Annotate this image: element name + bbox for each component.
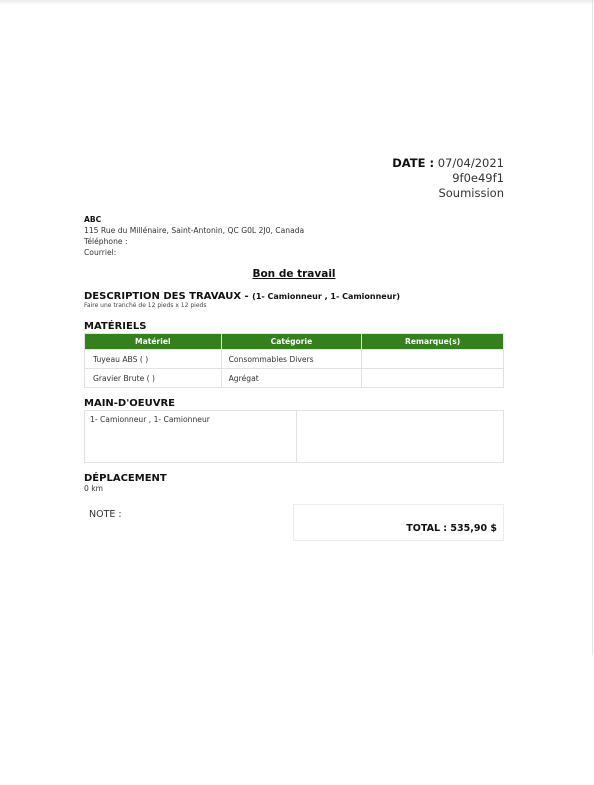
company-info: ABC 115 Rue du Millénaire, Saint-Antonin…	[84, 214, 304, 258]
company-phone: Téléphone :	[84, 236, 304, 247]
travel-distance: 0 km	[84, 484, 103, 493]
column-header-remarks: Remarque(s)	[362, 334, 504, 350]
labor-notes	[297, 411, 503, 462]
description-heading: DESCRIPTION DES TRAVAUX - (1- Camionneur…	[84, 291, 400, 302]
date-value: 07/04/2021	[438, 156, 504, 170]
material-remarks	[362, 369, 504, 388]
material-category: Agrégat	[221, 369, 362, 388]
labor-box: 1- Camionneur , 1- Camionneur	[84, 410, 504, 463]
material-name: Gravier Brute ( )	[85, 369, 222, 388]
date-line: DATE : 07/04/2021	[392, 156, 504, 171]
labor-title: MAIN-D'OEUVRE	[84, 398, 175, 409]
work-order-page: DATE : 07/04/2021 9f0e49f1 Soumission AB…	[84, 0, 504, 785]
material-category: Consommables Divers	[221, 350, 362, 369]
company-name: ABC	[84, 214, 304, 225]
table-row: Gravier Brute ( ) Agrégat	[85, 369, 504, 388]
note-label: NOTE :	[89, 509, 122, 520]
total-box: TOTAL : 535,90 $	[293, 504, 504, 541]
material-name: Tuyeau ABS ( )	[85, 350, 222, 369]
description-detail: Faire une tranché de 12 pieds x 12 pieds	[84, 302, 400, 309]
column-header-material: Matériel	[85, 334, 222, 350]
table-row: Tuyeau ABS ( ) Consommables Divers	[85, 350, 504, 369]
column-header-category: Catégorie	[221, 334, 362, 350]
total-amount: TOTAL : 535,90 $	[406, 523, 497, 534]
reference-number: 9f0e49f1	[392, 171, 504, 186]
document-type: Soumission	[392, 186, 504, 201]
document-meta: DATE : 07/04/2021 9f0e49f1 Soumission	[392, 156, 504, 201]
page-title: Bon de travail	[84, 268, 504, 280]
company-email: Courriel:	[84, 247, 304, 258]
materials-title: MATÉRIELS	[84, 321, 146, 332]
travel-title: DÉPLACEMENT	[84, 473, 167, 484]
work-description: DESCRIPTION DES TRAVAUX - (1- Camionneur…	[84, 291, 400, 309]
company-address: 115 Rue du Millénaire, Saint-Antonin, QC…	[84, 225, 304, 236]
description-label: DESCRIPTION DES TRAVAUX -	[84, 291, 252, 302]
labor-workers: 1- Camionneur , 1- Camionneur	[85, 411, 297, 462]
date-label: DATE :	[392, 156, 434, 170]
page-edge	[592, 0, 593, 655]
table-header-row: Matériel Catégorie Remarque(s)	[85, 334, 504, 350]
material-remarks	[362, 350, 504, 369]
materials-table: Matériel Catégorie Remarque(s) Tuyeau AB…	[84, 333, 504, 388]
description-workers: (1- Camionneur , 1- Camionneur)	[252, 292, 400, 301]
